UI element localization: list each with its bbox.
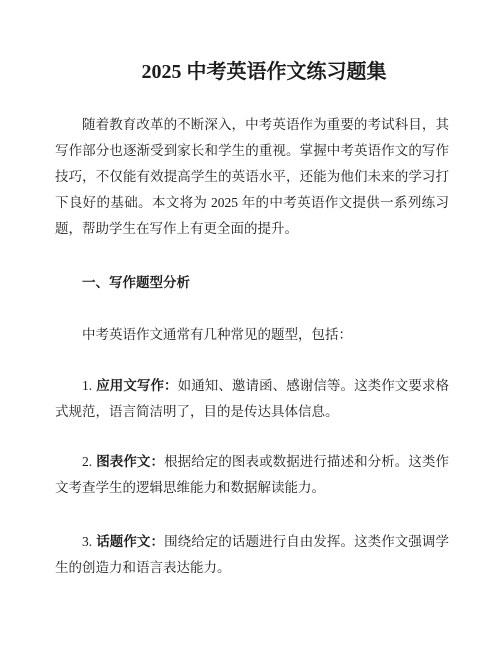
item-number: 2. bbox=[82, 454, 92, 469]
essay-type-item: 1.应用文写作：如通知、邀请函、感谢信等。这类作文要求格式规范，语言简洁明了，目… bbox=[55, 373, 449, 425]
document-page: 2025 中考英语作文练习题集 随着教育改革的不断深入，中考英语作为重要的考试科… bbox=[0, 58, 500, 581]
intro-paragraph: 随着教育改革的不断深入，中考英语作为重要的考试科目，其写作部分也逐渐受到家长和学… bbox=[55, 112, 449, 242]
essay-type-item: 2.图表作文：根据给定的图表或数据进行描述和分析。这类作文考查学生的逻辑思维能力… bbox=[55, 449, 449, 501]
item-term: 应用文写作： bbox=[96, 378, 178, 393]
section-lead-paragraph: 中考英语作文通常有几种常见的题型，包括： bbox=[55, 322, 449, 348]
section-heading-writing-types: 一、写作题型分析 bbox=[55, 270, 449, 296]
item-term: 图表作文： bbox=[96, 454, 164, 469]
item-number: 1. bbox=[82, 378, 92, 393]
item-term: 话题作文： bbox=[96, 534, 164, 549]
document-title: 2025 中考英语作文练习题集 bbox=[79, 58, 449, 86]
item-number: 3. bbox=[82, 534, 92, 549]
essay-type-item: 3.话题作文：围绕给定的话题进行自由发挥。这类作文强调学生的创造力和语言表达能力… bbox=[55, 529, 449, 581]
